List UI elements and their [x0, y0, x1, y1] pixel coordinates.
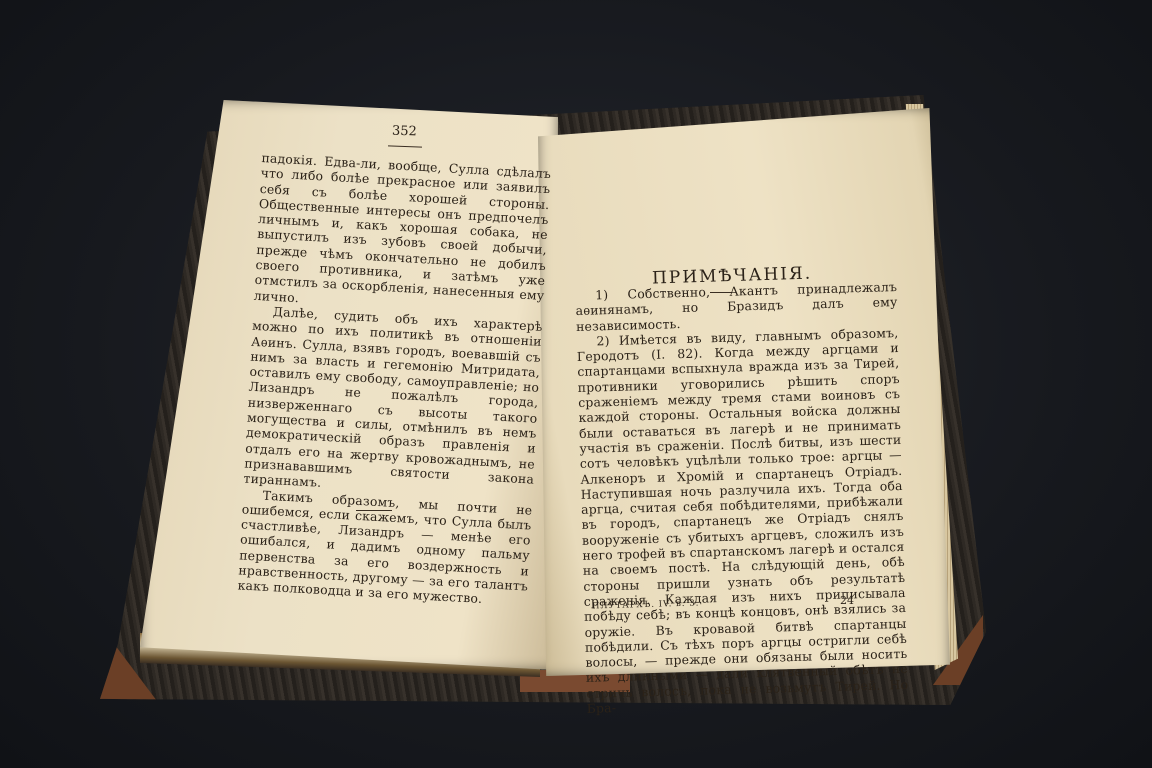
paragraph: Далѣе, судить объ ихъ характерѣ можно по…: [243, 303, 543, 502]
leather-corner-top-right: [947, 95, 987, 155]
left-page-text: падокія. Едва-ли, вообще, Сулла сдѣлалъ …: [237, 150, 551, 609]
note: 2) Имѣется въ виду, главнымъ образомъ, Г…: [576, 325, 909, 716]
paragraph: Такимъ образомъ, мы почти не ошибемся, е…: [237, 486, 533, 609]
right-page-text: 1) Собственно, Акантъ принадлежалъ аѳиня…: [575, 279, 909, 716]
page-number: 352: [392, 124, 417, 140]
paragraph: падокія. Едва-ли, вообще, Сулла сдѣлалъ …: [253, 150, 551, 319]
book-photo: 352 падокія. Едва-ли, вообще, Сулла сдѣл…: [0, 0, 1152, 768]
end-rule: [356, 510, 392, 511]
footer-signature-number: 24: [840, 594, 854, 607]
